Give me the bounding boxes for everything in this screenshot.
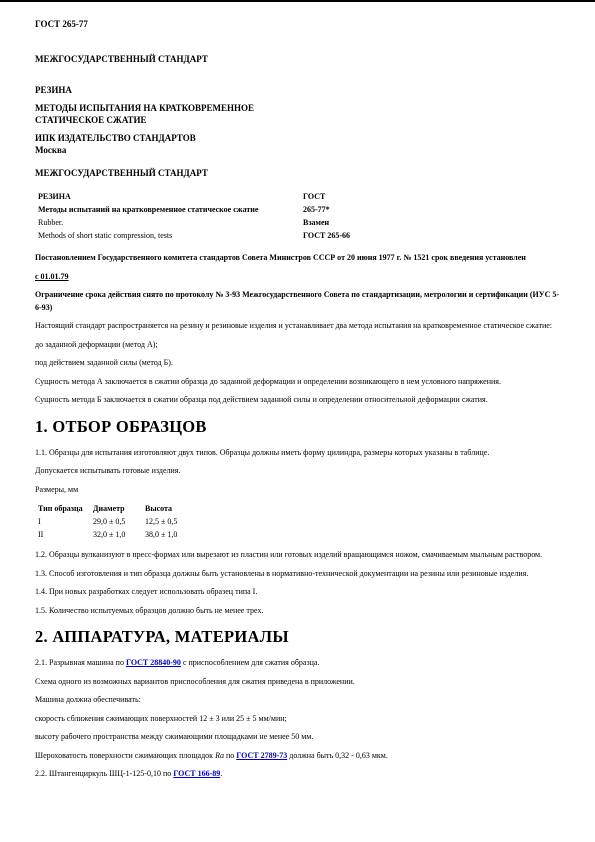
title-block: РЕЗИНА Методы испытаний на кратковременн… [35,190,562,242]
clause-1-1: 1.1. Образцы для испытания изготовляют д… [35,447,562,460]
document-title: РЕЗИНА [35,84,562,96]
sizes-col-type: Тип образца [38,502,93,515]
speed-item: скорость сближения сжимающих поверхносте… [35,713,562,726]
title-block-left: РЕЗИНА Методы испытаний на кратковременн… [38,190,300,242]
section-2-heading: 2. АППАРАТУРА, МАТЕРИАЛЫ [35,627,562,646]
sizes-cell-type: II [38,528,93,541]
document-subtitle: МЕТОДЫ ИСПЫТАНИЯ НА КРАТКОВРЕМЕННОЕ СТАТ… [35,102,562,126]
title-block-replaces-label: Взамен [303,216,350,229]
title-block-gost-number: 265-77* [303,203,350,216]
title-block-right: ГОСТ 265-77* Взамен ГОСТ 265-66 [300,190,350,242]
title-block-gost-label: ГОСТ [303,190,350,203]
essence-a-paragraph: Сущность метода А заключается в сжатии о… [35,376,562,389]
title-block-subtitle-en: Methods of short static compression, tes… [38,229,300,242]
document-subtitle-line2: СТАТИЧЕСКОЕ СЖАТИЕ [35,114,562,126]
publisher: ИПК ИЗДАТЕЛЬСТВО СТАНДАРТОВ [35,132,562,144]
method-b-item: под действием заданной силы (метод Б). [35,357,562,370]
clause-1-1a: Допускается испытывать готовые изделия. [35,465,562,478]
sizes-cell-diameter: 32,0 ± 1,0 [93,528,145,541]
roughness-text-post: должна быть 0,32 - 0,63 мкм. [287,751,388,760]
sizes-table-row: II 32,0 ± 1,0 38,0 ± 1,0 [38,528,207,541]
clause-2-1: 2.1. Разрывная машина по ГОСТ 28840-90 с… [35,657,562,670]
roughness-text-pre: Шероховатость поверхности сжимающих площ… [35,751,215,760]
section-1-heading: 1. ОТБОР ОБРАЗЦОВ [35,417,562,436]
sizes-col-height: Высота [145,502,207,515]
document-page: ГОСТ 265-77 МЕЖГОСУДАРСТВЕННЫЙ СТАНДАРТ … [0,0,595,842]
standard-type-label: МЕЖГОСУДАРСТВЕННЫЙ СТАНДАРТ [35,53,562,65]
clause-2-2: 2.2. Штангенциркуль ШЦ-1-125-0,10 по ГОС… [35,768,562,781]
doc-number: ГОСТ 265-77 [35,18,562,30]
clause-1-4: 1.4. При новых разработках следует испол… [35,586,562,599]
standard-type-label-repeat: МЕЖГОСУДАРСТВЕННЫЙ СТАНДАРТ [35,167,562,179]
clause-2-1-text-pre: 2.1. Разрывная машина по [35,658,126,667]
method-a-item: до заданной деформации (метод А); [35,339,562,352]
sizes-table: Тип образца Диаметр Высота I 29,0 ± 0,5 … [38,502,207,541]
title-block-replaced-gost: ГОСТ 265-66 [303,229,350,242]
essence-b-paragraph: Сущность метода Б заключается в сжатии о… [35,394,562,407]
title-block-subtitle-ru: Методы испытаний на кратковременное стат… [38,203,300,216]
clause-1-3: 1.3. Способ изготовления и тип образца д… [35,568,562,581]
roughness-ra-symbol: Ra [215,751,224,760]
sizes-caption: Размеры, мм [35,484,562,497]
sizes-col-diameter: Диаметр [93,502,145,515]
sizes-cell-type: I [38,515,93,528]
clause-2-2-text-post: . [220,769,222,778]
machine-requirements-paragraph: Машина должна обеспечивать: [35,694,562,707]
sizes-cell-height: 12,5 ± 0,5 [145,515,207,528]
clause-1-2: 1.2. Образцы вулканизуют в пресс-формах … [35,549,562,562]
workspace-item: высоту рабочего пространства между сжима… [35,731,562,744]
sizes-table-header-row: Тип образца Диаметр Высота [38,502,207,515]
limitation-paragraph: Ограничение срока действия снято по прот… [35,289,562,314]
scope-paragraph: Настоящий стандарт распространяется на р… [35,320,562,333]
effective-date: с 01.01.79 [35,271,562,284]
clause-1-5: 1.5. Количество испытуемых образцов долж… [35,605,562,618]
sizes-table-row: I 29,0 ± 0,5 12,5 ± 0,5 [38,515,207,528]
sizes-cell-diameter: 29,0 ± 0,5 [93,515,145,528]
roughness-paragraph: Шероховатость поверхности сжимающих площ… [35,750,562,763]
decree-paragraph: Постановлением Государственного комитета… [35,252,562,265]
gost-166-89-link[interactable]: ГОСТ 166-89 [173,769,220,778]
clause-2-1-text-post: с приспособлением для сжатия образца. [181,658,320,667]
gost-28840-90-link[interactable]: ГОСТ 28840-90 [126,658,181,667]
clause-2-2-text-pre: 2.2. Штангенциркуль ШЦ-1-125-0,10 по [35,769,173,778]
title-block-title-en: Rubber. [38,216,300,229]
sizes-cell-height: 38,0 ± 1,0 [145,528,207,541]
roughness-text-mid: по [224,751,236,760]
document-subtitle-line1: МЕТОДЫ ИСПЫТАНИЯ НА КРАТКОВРЕМЕННОЕ [35,102,562,114]
publisher-city: Москва [35,144,562,156]
gost-2789-73-link[interactable]: ГОСТ 2789-73 [236,751,287,760]
scheme-note-paragraph: Схема одного из возможных вариантов прис… [35,676,562,689]
title-block-title-ru: РЕЗИНА [38,190,300,203]
